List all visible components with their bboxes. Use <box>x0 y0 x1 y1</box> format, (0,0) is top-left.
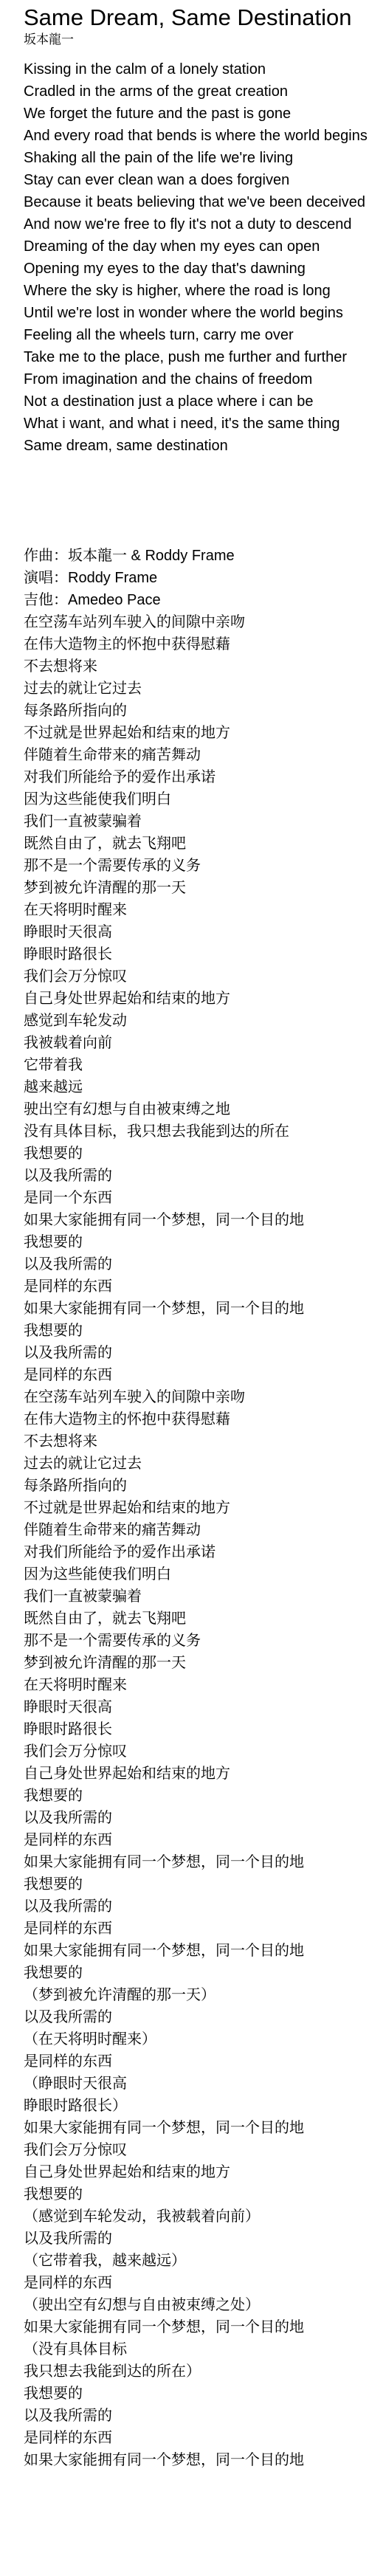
chinese-lyric-line: 是同样的东西 <box>24 2050 369 2073</box>
english-lyric-line: What i want, and what i need, it's the s… <box>24 413 369 435</box>
chinese-lyric-line: 以及我所需的 <box>24 2006 369 2028</box>
chinese-lyric-line: 如果大家能拥有同一个梦想，同一个目的地 <box>24 2316 369 2338</box>
chinese-lyric-line: 我想要的 <box>24 2383 369 2405</box>
chinese-lyric-line: 是同样的东西 <box>24 1364 369 1386</box>
chinese-lyric-line: 我们会万分惊叹 <box>24 2139 369 2161</box>
chinese-lyric-line: 自己身处世界起始和结束的地方 <box>24 988 369 1010</box>
chinese-lyric-line: 在空荡车站列车驶入的间隙中亲吻 <box>24 1386 369 1408</box>
chinese-lyric-line: 不去想将来 <box>24 1430 369 1453</box>
chinese-lyric-line: 以及我所需的 <box>24 1253 369 1275</box>
lyrics-page: Same Dream, Same Destination 坂本龍一 Kissin… <box>0 0 369 2471</box>
chinese-lyric-line: 我想要的 <box>24 1320 369 1342</box>
english-lyric-line: Feeling all the wheels turn, carry me ov… <box>24 324 369 346</box>
english-lyric-line: And every road that bends is where the w… <box>24 125 369 147</box>
chinese-lyric-line: 我被载着向前 <box>24 1032 369 1054</box>
chinese-lyric-line: 感觉到车轮发动 <box>24 1010 369 1032</box>
chinese-lyric-line: 梦到被允许清醒的那一天 <box>24 1652 369 1674</box>
chinese-lyric-line: 睁眼时路很长 <box>24 943 369 965</box>
chinese-lyric-line: 是同样的东西 <box>24 1275 369 1298</box>
chinese-lyric-line: 我想要的 <box>24 1785 369 1807</box>
chinese-lyric-line: 我想要的 <box>24 1873 369 1895</box>
english-lyric-line: Not a destination just a place where i c… <box>24 390 369 413</box>
chinese-lyric-line: 以及我所需的 <box>24 1165 369 1187</box>
chinese-lyric-line: 不过就是世界起始和结束的地方 <box>24 1497 369 1519</box>
chinese-lyric-line: 我们一直被蒙骗着 <box>24 810 369 833</box>
chinese-lyric-line: 既然自由了，就去飞翔吧 <box>24 833 369 855</box>
english-lyric-line: Until we're lost in wonder where the wor… <box>24 302 369 324</box>
credit-line: 吉他：Amedeo Pace <box>24 589 369 611</box>
chinese-lyric-line: 那不是一个需要传承的义务 <box>24 1630 369 1652</box>
chinese-lyric-line: 每条路所指向的 <box>24 1475 369 1497</box>
credits-block: 作曲：坂本龍一 & Roddy Frame演唱：Roddy Frame吉他：Am… <box>24 545 369 611</box>
chinese-lyric-line: 我只想去我能到达的所在） <box>24 2360 369 2383</box>
chinese-lyric-line: 我们会万分惊叹 <box>24 965 369 988</box>
chinese-lyric-line: 没有具体目标，我只想去我能到达的所在 <box>24 1120 369 1143</box>
chinese-lyric-line: 如果大家能拥有同一个梦想，同一个目的地 <box>24 1298 369 1320</box>
chinese-lyric-line: 自己身处世界起始和结束的地方 <box>24 2161 369 2183</box>
chinese-lyric-line: 对我们所能给予的爱作出承诺 <box>24 766 369 788</box>
chinese-lyric-line: 那不是一个需要传承的义务 <box>24 855 369 877</box>
chinese-lyric-line: 如果大家能拥有同一个梦想，同一个目的地 <box>24 2449 369 2471</box>
english-lyric-line: And now we're free to fly it's not a dut… <box>24 213 369 235</box>
chinese-lyric-line: 我想要的 <box>24 1231 369 1253</box>
chinese-lyric-line: 是同一个东西 <box>24 1187 369 1209</box>
chinese-lyric-line: 以及我所需的 <box>24 1807 369 1829</box>
chinese-lyric-line: （在天将明时醒来） <box>24 2028 369 2050</box>
chinese-lyric-line: 对我们所能给予的爱作出承诺 <box>24 1541 369 1563</box>
chinese-lyric-line: 是同样的东西 <box>24 1829 369 1851</box>
chinese-lyric-line: （驶出空有幻想与自由被束缚之处） <box>24 2294 369 2316</box>
english-lyric-line: Same dream, same destination <box>24 435 369 457</box>
chinese-lyric-line: （梦到被允许清醒的那一天） <box>24 1984 369 2006</box>
chinese-lyric-line: 以及我所需的 <box>24 2228 369 2250</box>
chinese-lyric-line: 是同样的东西 <box>24 2272 369 2294</box>
english-lyric-line: Opening my eyes to the day that's dawnin… <box>24 258 369 280</box>
chinese-lyric-line: 不去想将来 <box>24 655 369 678</box>
chinese-lyric-line: 驶出空有幻想与自由被束缚之地 <box>24 1098 369 1120</box>
chinese-lyric-line: 在天将明时醒来 <box>24 1674 369 1696</box>
chinese-lyric-line: 我想要的 <box>24 1962 369 1984</box>
chinese-lyric-line: 越来越远 <box>24 1076 369 1098</box>
chinese-lyric-line: （睁眼时天很高 <box>24 2073 369 2095</box>
chinese-lyric-line: 既然自由了，就去飞翔吧 <box>24 1608 369 1630</box>
chinese-lyric-line: 睁眼时路很长 <box>24 1718 369 1740</box>
chinese-lyric-line: 在伟大造物主的怀抱中获得慰藉 <box>24 633 369 655</box>
english-lyric-line: Cradled in the arms of the great creatio… <box>24 80 369 103</box>
english-lyrics-block: Kissing in the calm of a lonely stationC… <box>24 58 369 457</box>
chinese-lyric-line: 因为这些能使我们明白 <box>24 788 369 810</box>
chinese-lyric-line: 不过就是世界起始和结束的地方 <box>24 722 369 744</box>
credit-line: 演唱：Roddy Frame <box>24 567 369 589</box>
chinese-lyric-line: 睁眼时天很高 <box>24 921 369 943</box>
english-lyric-line: Kissing in the calm of a lonely station <box>24 58 369 80</box>
chinese-lyric-line: 伴随着生命带来的痛苦舞动 <box>24 744 369 766</box>
chinese-lyric-line: 因为这些能使我们明白 <box>24 1563 369 1585</box>
english-lyric-line: We forget the future and the past is gon… <box>24 103 369 125</box>
chinese-lyric-line: 以及我所需的 <box>24 1895 369 1918</box>
chinese-lyric-line: 是同样的东西 <box>24 1918 369 1940</box>
chinese-lyric-line: 我们一直被蒙骗着 <box>24 1585 369 1608</box>
english-lyric-line: Because it beats believing that we've be… <box>24 191 369 213</box>
chinese-lyric-line: 梦到被允许清醒的那一天 <box>24 877 369 899</box>
chinese-lyric-line: 如果大家能拥有同一个梦想，同一个目的地 <box>24 1940 369 1962</box>
chinese-lyric-line: 在天将明时醒来 <box>24 899 369 921</box>
chinese-lyric-line: （它带着我，越来越远） <box>24 2250 369 2272</box>
chinese-lyric-line: （没有具体目标 <box>24 2338 369 2360</box>
chinese-lyric-line: 在空荡车站列车驶入的间隙中亲吻 <box>24 611 369 633</box>
chinese-lyric-line: 以及我所需的 <box>24 1342 369 1364</box>
english-lyric-line: From imagination and the chains of freed… <box>24 368 369 390</box>
english-lyric-line: Where the sky is higher, where the road … <box>24 280 369 302</box>
chinese-lyric-line: 如果大家能拥有同一个梦想，同一个目的地 <box>24 2117 369 2139</box>
chinese-lyric-line: （感觉到车轮发动，我被载着向前） <box>24 2205 369 2228</box>
credit-line: 作曲：坂本龍一 & Roddy Frame <box>24 545 369 567</box>
chinese-lyric-line: 睁眼时路很长） <box>24 2095 369 2117</box>
chinese-lyric-line: 我想要的 <box>24 2183 369 2205</box>
page-title: Same Dream, Same Destination <box>24 0 369 32</box>
chinese-lyric-line: 我想要的 <box>24 1143 369 1165</box>
chinese-lyric-line: 我们会万分惊叹 <box>24 1740 369 1763</box>
chinese-lyric-line: 它带着我 <box>24 1054 369 1076</box>
chinese-lyric-line: 以及我所需的 <box>24 2405 369 2427</box>
artist-name: 坂本龍一 <box>24 32 369 48</box>
chinese-lyric-line: 是同样的东西 <box>24 2427 369 2449</box>
chinese-lyric-line: 睁眼时天很高 <box>24 1696 369 1718</box>
english-lyric-line: Take me to the place, push me further an… <box>24 346 369 368</box>
chinese-lyric-line: 如果大家能拥有同一个梦想，同一个目的地 <box>24 1851 369 1873</box>
chinese-lyric-line: 如果大家能拥有同一个梦想，同一个目的地 <box>24 1209 369 1231</box>
english-lyric-line: Dreaming of the day when my eyes can ope… <box>24 235 369 258</box>
chinese-lyrics-block: 在空荡车站列车驶入的间隙中亲吻在伟大造物主的怀抱中获得慰藉不去想将来过去的就让它… <box>24 611 369 2471</box>
chinese-lyric-line: 自己身处世界起始和结束的地方 <box>24 1763 369 1785</box>
english-lyric-line: Stay can ever clean wan a does forgiven <box>24 169 369 191</box>
chinese-lyric-line: 伴随着生命带来的痛苦舞动 <box>24 1519 369 1541</box>
english-lyric-line: Shaking all the pain of the life we're l… <box>24 147 369 169</box>
chinese-lyric-line: 过去的就让它过去 <box>24 678 369 700</box>
chinese-lyric-line: 在伟大造物主的怀抱中获得慰藉 <box>24 1408 369 1430</box>
chinese-lyric-line: 过去的就让它过去 <box>24 1453 369 1475</box>
chinese-lyric-line: 每条路所指向的 <box>24 700 369 722</box>
